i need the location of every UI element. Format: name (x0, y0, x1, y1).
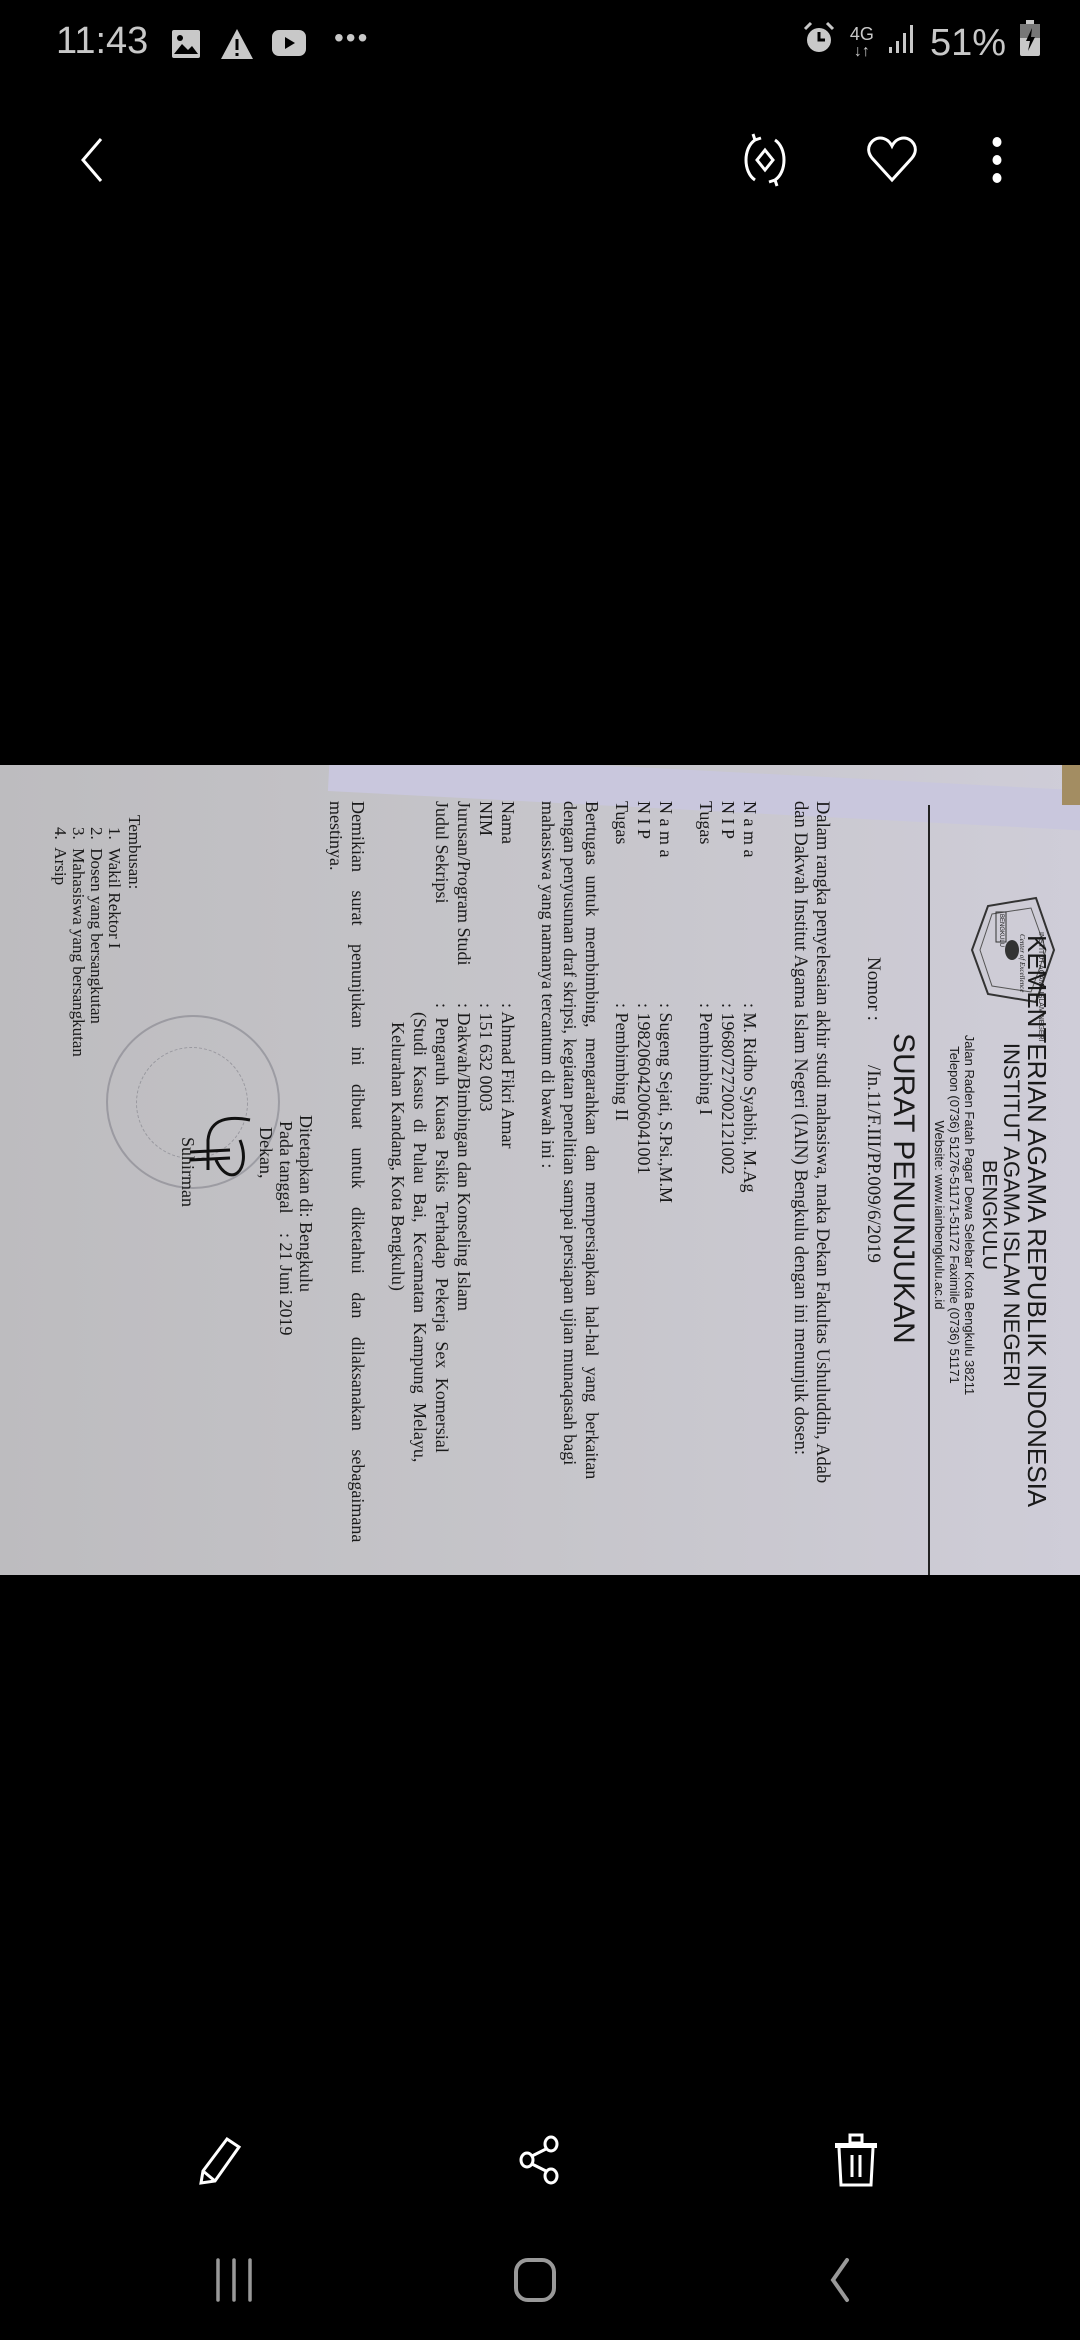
rotate-icon (737, 132, 793, 188)
home-button[interactable] (505, 2250, 565, 2310)
student-program: : Dakwah/Bimbingan dan Konseling Islam (453, 1003, 474, 1311)
status-right: 4G↓↑ 51% (802, 20, 1040, 66)
back-nav-icon (825, 2257, 855, 2303)
share-icon (517, 2135, 563, 2185)
student-nim-label: NIM (475, 801, 496, 836)
network-icon: 4G↓↑ (850, 26, 874, 60)
lecturer-2-task-label: Tugas (611, 801, 632, 844)
status-bar: 11:43 ••• 4G↓↑ 51% (0, 0, 1080, 90)
cc-item-3: 3. Mahasiswa yang bersangkutan (68, 827, 88, 1057)
youtube-icon (272, 28, 306, 63)
alarm-icon (802, 20, 836, 66)
header-address: Jalan Raden Fatah Pagar Dewa Selebar Kot… (962, 935, 977, 1495)
network-type: 4G (850, 24, 874, 44)
favorite-button[interactable] (862, 130, 922, 190)
cc-item-2: 2. Dosen yang bersangkutan (86, 827, 106, 1024)
viewer-top-bar (0, 110, 1080, 200)
lecturer-2-name-label: N a m a (655, 801, 676, 857)
status-time: 11:43 (56, 20, 148, 63)
thesis-title-cont-1: (Studi Kasus di Pulau Bai, Kecamatan Kam… (409, 1012, 430, 1462)
battery-percent: 51% (930, 22, 1006, 65)
thesis-title-label: Judul Sekripsi (431, 801, 452, 904)
lecturer-2-task: : Pembimbing II (611, 1003, 632, 1121)
document-page: INSTITUT AGAMA ISLAM NEGERI Center of Ex… (0, 765, 1080, 1575)
lecturer-1-task-label: Tugas (695, 801, 716, 844)
lecturer-1-task: : Pembimbing I (695, 1003, 716, 1115)
header-city: BENGKULU (977, 935, 1000, 1495)
nav-back-button[interactable] (810, 2250, 870, 2310)
header-phone: Telepon (0736) 51276-51171-51172 Faximil… (947, 935, 962, 1495)
battery-charging-icon (1020, 20, 1040, 66)
nomor-label: Nomor : (862, 957, 884, 1021)
more-options-button[interactable] (967, 130, 1027, 190)
lecturer-2-nip: : 198206042006041001 (633, 1003, 654, 1175)
nomor-value: /In.11/F.III/PP.009/6/2019 (862, 1065, 884, 1263)
header-website: Website: www.iainbengkulu.ac.id (932, 935, 947, 1495)
duty-line-2: dengan penyusunan draf skripsi, kegiatan… (559, 801, 580, 1465)
favorite-icon (866, 136, 918, 184)
photo-view[interactable]: INSTITUT AGAMA ISLAM NEGERI Center of Ex… (0, 765, 1080, 1575)
share-button[interactable] (510, 2130, 570, 2190)
more-options-icon (991, 136, 1003, 184)
thesis-title-cont-2: Kelurahan Kandang, Kota Bengkulu) (387, 1022, 408, 1291)
gallery-icon (170, 28, 202, 65)
intro-line-2: dan Dakwah Institut Agama Islam Negeri (… (789, 801, 810, 1455)
document-title: SURAT PENUNJUKAN (886, 1033, 920, 1344)
home-icon (512, 2257, 558, 2303)
back-icon (77, 137, 107, 183)
header-divider (928, 805, 930, 1575)
thesis-title: : Pengaruh Kuasa Psikis Terhadap Pekerja… (431, 1003, 452, 1453)
signatory-name: Suhirman (177, 1137, 198, 1207)
student-program-label: Jurusan/Program Studi (453, 801, 474, 966)
duty-line-1: Bertugas untuk membimbing, mengarahkan d… (581, 801, 602, 1479)
recent-apps-icon (214, 2258, 254, 2302)
header-ministry: KEMENTERIAN AGAMA REPUBLIK INDONESIA (1021, 935, 1052, 1495)
delete-icon (833, 2133, 879, 2187)
student-name-label: Nama (497, 801, 518, 844)
edit-button[interactable] (190, 2130, 250, 2190)
bottom-action-bar (0, 2100, 1080, 2220)
lecturer-1-nip: : 196807272002121002 (717, 1003, 738, 1175)
signature-place: Ditetapkan di: Bengkulu (295, 1115, 316, 1292)
closing-line-2: mestinya. (325, 801, 346, 871)
student-nim: : 151 632 0003 (475, 1003, 496, 1112)
intro-line-1: Dalam rangka penyelesaian akhir studi ma… (811, 801, 832, 1483)
back-button[interactable] (62, 130, 122, 190)
rotate-button[interactable] (735, 130, 795, 190)
more-notifications-icon: ••• (334, 22, 369, 54)
signal-icon (888, 22, 916, 65)
lecturer-2-name: : Sugeng Sejati, S.Psi.,M.M (655, 1003, 676, 1203)
edit-icon (197, 2135, 243, 2185)
duty-line-3: mahasiswa yang namanya tercantum di bawa… (537, 801, 558, 1168)
system-nav-bar (0, 2230, 1080, 2340)
closing-line-1: Demikian surat penunjukan ini dibuat unt… (347, 801, 368, 1542)
signature-date-label: Pada tanggal (275, 1121, 296, 1213)
cc-item-4: 4. Arsip (50, 827, 70, 885)
lecturer-2-nip-label: N I P (633, 801, 654, 839)
signature-date: : 21 Juni 2019 (275, 1233, 296, 1336)
warning-icon (220, 28, 254, 65)
lecturer-1-name: : M. Ridho Syabibi, M.Ag (739, 1003, 760, 1193)
cc-item-1: 1. Wakil Rektor I (104, 827, 124, 949)
lecturer-1-nip-label: N I P (717, 801, 738, 839)
student-name: : Ahmad Fikri Amar (497, 1003, 518, 1149)
cc-title: Tembusan: (124, 815, 144, 889)
header-institute: INSTITUT AGAMA ISLAM NEGERI (998, 935, 1024, 1495)
lecturer-1-name-label: N a m a (739, 801, 760, 857)
recent-apps-button[interactable] (204, 2250, 264, 2310)
delete-button[interactable] (826, 2130, 886, 2190)
